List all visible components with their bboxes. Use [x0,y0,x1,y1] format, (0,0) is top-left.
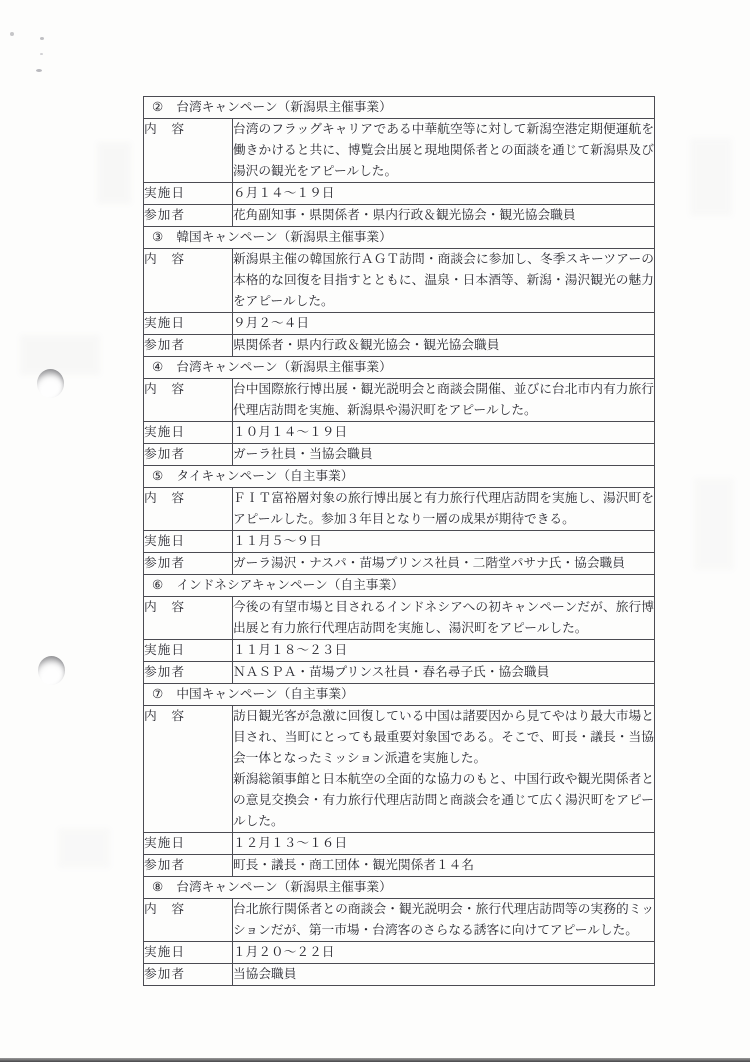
bleed-through-artifact [694,478,734,570]
content-row: 内 容 ＦＩＴ富裕層対象の旅行博出展と有力旅行代理店訪問を実施し、湯沢町をアピー… [144,488,655,531]
content-row: 内 容 台湾のフラッグキャリアである中華航空等に対して新潟空港定期便運航を働きか… [144,119,655,183]
participants-label: 参加者 [144,662,233,684]
scanner-edge-line [0,1058,750,1062]
section-title: 台湾キャンペーン（新潟県主催事業） [176,97,391,118]
bleed-through-artifact [97,142,131,204]
hole-punch-mark [37,369,64,398]
section-number: ⑧ [152,877,163,898]
section-header-cell: ⑧台湾キャンペーン（新潟県主催事業） [144,877,655,899]
date-value: １１月５～９日 [233,531,655,553]
bleed-through-artifact [20,335,100,375]
content-row: 内 容 台北旅行関係者との商談会・観光説明会・旅行代理店訪問等の実務的ミッション… [144,899,655,942]
participants-label: 参加者 [144,335,233,357]
bleed-through-artifact [58,828,110,868]
content-paragraph: ＦＩＴ富裕層対象の旅行博出展と有力旅行代理店訪問を実施し、湯沢町をアピールした。… [233,488,654,530]
date-label: 実施日 [144,531,233,553]
content-row: 内 容 台中国際旅行博出展・観光説明会と商談会開催、並びに台北市内有力旅行代理店… [144,379,655,422]
participants-value: ガーラ湯沢・ナスパ・苗場プリンス社員・二階堂パサナ氏・協会職員 [233,553,655,575]
section-header-row: ④台湾キャンペーン（新潟県主催事業） [144,357,655,379]
date-value: ９月２～４日 [233,313,655,335]
scanned-page: ②台湾キャンペーン（新潟県主催事業） 内 容 台湾のフラッグキャリアである中華航… [0,0,750,1062]
section-header-cell: ③韓国キャンペーン（新潟県主催事業） [144,227,655,249]
content-row: 内 容 新潟県主催の韓国旅行ＡＧＴ訪問・商談会に参加し、冬季スキーツアーの本格的… [144,249,655,313]
participants-label: 参加者 [144,855,233,877]
date-value: １２月１３～１６日 [233,833,655,855]
section-number: ⑤ [152,466,163,487]
content-value: 台北旅行関係者との商談会・観光説明会・旅行代理店訪問等の実務的ミッションだが、第… [233,899,655,942]
section-header-row: ②台湾キャンペーン（新潟県主催事業） [144,97,655,119]
content-paragraph: 新潟県主催の韓国旅行ＡＧＴ訪問・商談会に参加し、冬季スキーツアーの本格的な回復を… [233,249,654,312]
section-number: ⑦ [152,684,163,705]
section-title: インドネシアキャンペーン（自主事業） [176,575,404,596]
section-number: ⑥ [152,575,163,596]
participants-row: 参加者 花角副知事・県関係者・県内行政＆観光協会・観光協会職員 [144,205,655,227]
content-paragraph: 台中国際旅行博出展・観光説明会と商談会開催、並びに台北市内有力旅行代理店訪問を実… [233,379,654,421]
scan-speck [40,53,43,55]
participants-row: 参加者 県関係者・県内行政＆観光協会・観光協会職員 [144,335,655,357]
date-row: 実施日 ６月１４～１９日 [144,183,655,205]
participants-label: 参加者 [144,205,233,227]
scan-speck [10,32,14,36]
date-row: 実施日 ９月２～４日 [144,313,655,335]
participants-label: 参加者 [144,964,233,986]
section-title: 韓国キャンペーン（新潟県主催事業） [176,227,391,248]
date-row: 実施日 １１月１８～２３日 [144,640,655,662]
content-row: 内 容 今後の有望市場と目されるインドネシアへの初キャンペーンだが、旅行博出展と… [144,597,655,640]
section-header-row: ③韓国キャンペーン（新潟県主催事業） [144,227,655,249]
section-title: 台湾キャンペーン（新潟県主催事業） [176,357,391,378]
date-row: 実施日 １０月１４～１９日 [144,422,655,444]
content-paragraph: 台湾のフラッグキャリアである中華航空等に対して新潟空港定期便運航を働きかけると共… [233,119,654,182]
content-value: 台湾のフラッグキャリアである中華航空等に対して新潟空港定期便運航を働きかけると共… [233,119,655,183]
date-value: １月２０～２２日 [233,942,655,964]
participants-row: 参加者 ＮＡＳＰＡ・苗場プリンス社員・春名尋子氏・協会職員 [144,662,655,684]
participants-value: 町長・議長・商工団体・観光関係者１４名 [233,855,655,877]
date-row: 実施日 １２月１３～１６日 [144,833,655,855]
section-number: ② [152,97,163,118]
participants-value: 当協会職員 [233,964,655,986]
content-paragraph: 訪日観光客が急激に回復している中国は諸要因から見てやはり最大市場と目され、当町に… [233,706,654,769]
participants-row: 参加者 町長・議長・商工団体・観光関係者１４名 [144,855,655,877]
date-row: 実施日 １１月５～９日 [144,531,655,553]
section-header-cell: ④台湾キャンペーン（新潟県主催事業） [144,357,655,379]
content-value: 今後の有望市場と目されるインドネシアへの初キャンペーンだが、旅行博出展と有力旅行… [233,597,655,640]
date-label: 実施日 [144,313,233,335]
section-header-cell: ⑦中国キャンペーン（自主事業） [144,684,655,706]
content-value: 訪日観光客が急激に回復している中国は諸要因から見てやはり最大市場と目され、当町に… [233,706,655,833]
content-value: ＦＩＴ富裕層対象の旅行博出展と有力旅行代理店訪問を実施し、湯沢町をアピールした。… [233,488,655,531]
content-label: 内 容 [144,706,233,833]
section-header-cell: ②台湾キャンペーン（新潟県主催事業） [144,97,655,119]
date-label: 実施日 [144,942,233,964]
section-number: ③ [152,227,163,248]
section-header-row: ⑥インドネシアキャンペーン（自主事業） [144,575,655,597]
date-label: 実施日 [144,640,233,662]
scan-speck [40,37,44,40]
scan-speck [36,69,42,72]
participants-value: ガーラ社員・当協会職員 [233,444,655,466]
bleed-through-artifact [690,138,732,216]
content-label: 内 容 [144,119,233,183]
section-number: ④ [152,357,163,378]
section-header-row: ⑤タイキャンペーン（自主事業） [144,466,655,488]
content-label: 内 容 [144,249,233,313]
section-header-row: ⑧台湾キャンペーン（新潟県主催事業） [144,877,655,899]
date-value: １０月１４～１９日 [233,422,655,444]
date-value: １１月１８～２３日 [233,640,655,662]
participants-label: 参加者 [144,444,233,466]
content-value: 新潟県主催の韓国旅行ＡＧＴ訪問・商談会に参加し、冬季スキーツアーの本格的な回復を… [233,249,655,313]
date-row: 実施日 １月２０～２２日 [144,942,655,964]
date-label: 実施日 [144,422,233,444]
content-label: 内 容 [144,379,233,422]
date-value: ６月１４～１９日 [233,183,655,205]
section-header-cell: ⑥インドネシアキャンペーン（自主事業） [144,575,655,597]
section-title: タイキャンペーン（自主事業） [176,466,353,487]
date-label: 実施日 [144,183,233,205]
section-title: 中国キャンペーン（自主事業） [176,684,353,705]
content-value: 台中国際旅行博出展・観光説明会と商談会開催、並びに台北市内有力旅行代理店訪問を実… [233,379,655,422]
content-label: 内 容 [144,899,233,942]
participants-value: ＮＡＳＰＡ・苗場プリンス社員・春名尋子氏・協会職員 [233,662,655,684]
section-title: 台湾キャンペーン（新潟県主催事業） [176,877,391,898]
participants-value: 県関係者・県内行政＆観光協会・観光協会職員 [233,335,655,357]
participants-label: 参加者 [144,553,233,575]
campaign-table: ②台湾キャンペーン（新潟県主催事業） 内 容 台湾のフラッグキャリアである中華航… [143,96,655,986]
content-paragraph: 今後の有望市場と目されるインドネシアへの初キャンペーンだが、旅行博出展と有力旅行… [233,597,654,639]
date-label: 実施日 [144,833,233,855]
section-header-cell: ⑤タイキャンペーン（自主事業） [144,466,655,488]
participants-row: 参加者 ガーラ湯沢・ナスパ・苗場プリンス社員・二階堂パサナ氏・協会職員 [144,553,655,575]
content-paragraph: 新潟総領事館と日本航空の全面的な協力のもと、中国行政や観光関係者との意見交換会・… [233,769,654,832]
participants-value: 花角副知事・県関係者・県内行政＆観光協会・観光協会職員 [233,205,655,227]
hole-punch-mark [38,656,65,685]
participants-row: 参加者 当協会職員 [144,964,655,986]
content-label: 内 容 [144,488,233,531]
content-row: 内 容 訪日観光客が急激に回復している中国は諸要因から見てやはり最大市場と目され… [144,706,655,833]
participants-row: 参加者 ガーラ社員・当協会職員 [144,444,655,466]
content-paragraph: 台北旅行関係者との商談会・観光説明会・旅行代理店訪問等の実務的ミッションだが、第… [233,899,654,941]
section-header-row: ⑦中国キャンペーン（自主事業） [144,684,655,706]
content-label: 内 容 [144,597,233,640]
